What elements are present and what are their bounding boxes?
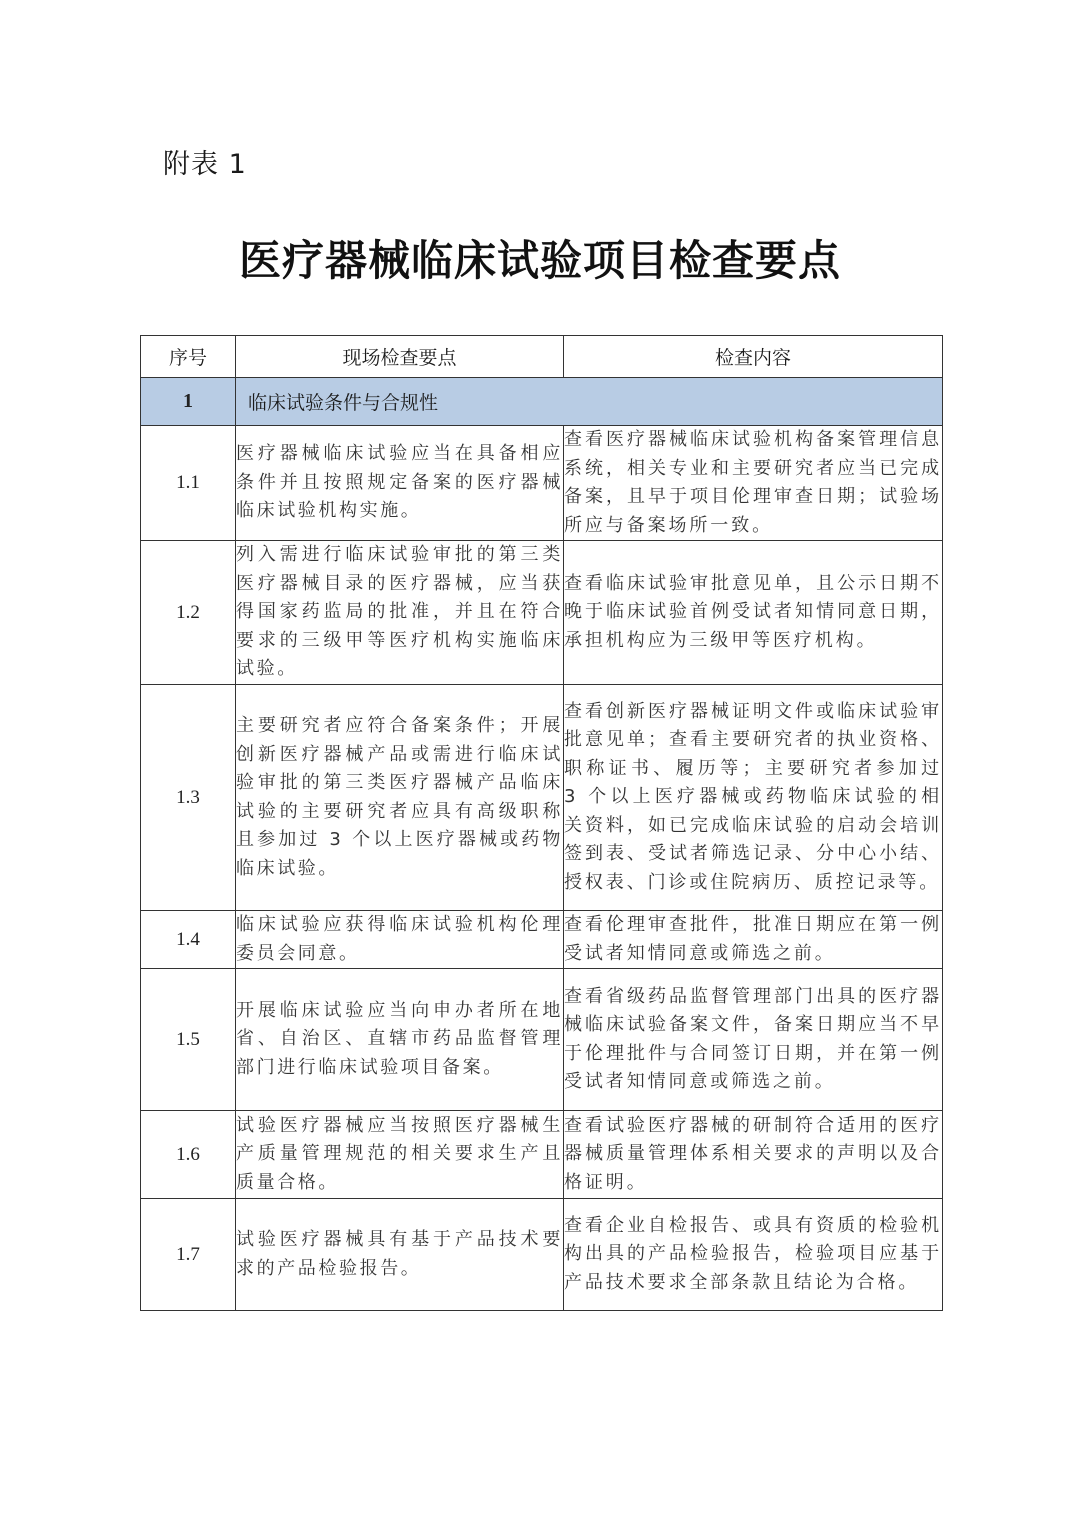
row-inspection-point: 试验医疗器械具有基于产品技术要求的产品检验报告。 [236, 1199, 564, 1311]
row-number: 1.3 [141, 685, 236, 911]
section-label: 临床试验条件与合规性 [236, 378, 943, 426]
inspection-checklist-table: 序号 现场检查要点 检查内容 1 临床试验条件与合规性 1.1 医疗器械临床试验… [140, 335, 943, 1311]
table-row: 1.2 列入需进行临床试验审批的第三类医疗器械目录的医疗器械，应当获得国家药监局… [141, 541, 943, 685]
row-number: 1.1 [141, 426, 236, 541]
row-inspection-point: 主要研究者应符合备案条件；开展创新医疗器械产品或需进行临床试验审批的第三类医疗器… [236, 685, 564, 911]
table-row: 1.6 试验医疗器械应当按照医疗器械生产质量管理规范的相关要求生产且质量合格。 … [141, 1111, 943, 1199]
table-row: 1.7 试验医疗器械具有基于产品技术要求的产品检验报告。 查看企业自检报告、或具… [141, 1199, 943, 1311]
row-inspection-content: 查看创新医疗器械证明文件或临床试验审批意见单；查看主要研究者的执业资格、职称证书… [564, 685, 943, 911]
annex-label: 附表 1 [163, 142, 247, 181]
section-number: 1 [141, 378, 236, 426]
table-row: 1.5 开展临床试验应当向申办者所在地省、自治区、直辖市药品监督管理部门进行临床… [141, 969, 943, 1111]
row-inspection-content: 查看临床试验审批意见单，且公示日期不晚于临床试验首例受试者知情同意日期，承担机构… [564, 541, 943, 685]
row-inspection-content: 查看企业自检报告、或具有资质的检验机构出具的产品检验报告，检验项目应基于产品技术… [564, 1199, 943, 1311]
table-header-row: 序号 现场检查要点 检查内容 [141, 336, 943, 378]
row-inspection-point: 医疗器械临床试验应当在具备相应条件并且按照规定备案的医疗器械临床试验机构实施。 [236, 426, 564, 541]
document-title: 医疗器械临床试验项目检查要点 [0, 228, 1080, 288]
row-number: 1.7 [141, 1199, 236, 1311]
header-number: 序号 [141, 336, 236, 378]
row-number: 1.4 [141, 911, 236, 969]
header-inspection-content: 检查内容 [564, 336, 943, 378]
row-inspection-point: 列入需进行临床试验审批的第三类医疗器械目录的医疗器械，应当获得国家药监局的批准，… [236, 541, 564, 685]
row-number: 1.6 [141, 1111, 236, 1199]
row-inspection-point: 开展临床试验应当向申办者所在地省、自治区、直辖市药品监督管理部门进行临床试验项目… [236, 969, 564, 1111]
row-inspection-content: 查看试验医疗器械的研制符合适用的医疗器械质量管理体系相关要求的声明以及合格证明。 [564, 1111, 943, 1199]
row-inspection-content: 查看伦理审查批件，批准日期应在第一例受试者知情同意或筛选之前。 [564, 911, 943, 969]
header-inspection-point: 现场检查要点 [236, 336, 564, 378]
table-row: 1.4 临床试验应获得临床试验机构伦理委员会同意。 查看伦理审查批件，批准日期应… [141, 911, 943, 969]
section-row: 1 临床试验条件与合规性 [141, 378, 943, 426]
row-inspection-content: 查看省级药品监督管理部门出具的医疗器械临床试验备案文件，备案日期应当不早于伦理批… [564, 969, 943, 1111]
table-row: 1.1 医疗器械临床试验应当在具备相应条件并且按照规定备案的医疗器械临床试验机构… [141, 426, 943, 541]
row-inspection-content: 查看医疗器械临床试验机构备案管理信息系统，相关专业和主要研究者应当已完成备案，且… [564, 426, 943, 541]
row-inspection-point: 临床试验应获得临床试验机构伦理委员会同意。 [236, 911, 564, 969]
row-number: 1.5 [141, 969, 236, 1111]
row-number: 1.2 [141, 541, 236, 685]
table-row: 1.3 主要研究者应符合备案条件；开展创新医疗器械产品或需进行临床试验审批的第三… [141, 685, 943, 911]
row-inspection-point: 试验医疗器械应当按照医疗器械生产质量管理规范的相关要求生产且质量合格。 [236, 1111, 564, 1199]
